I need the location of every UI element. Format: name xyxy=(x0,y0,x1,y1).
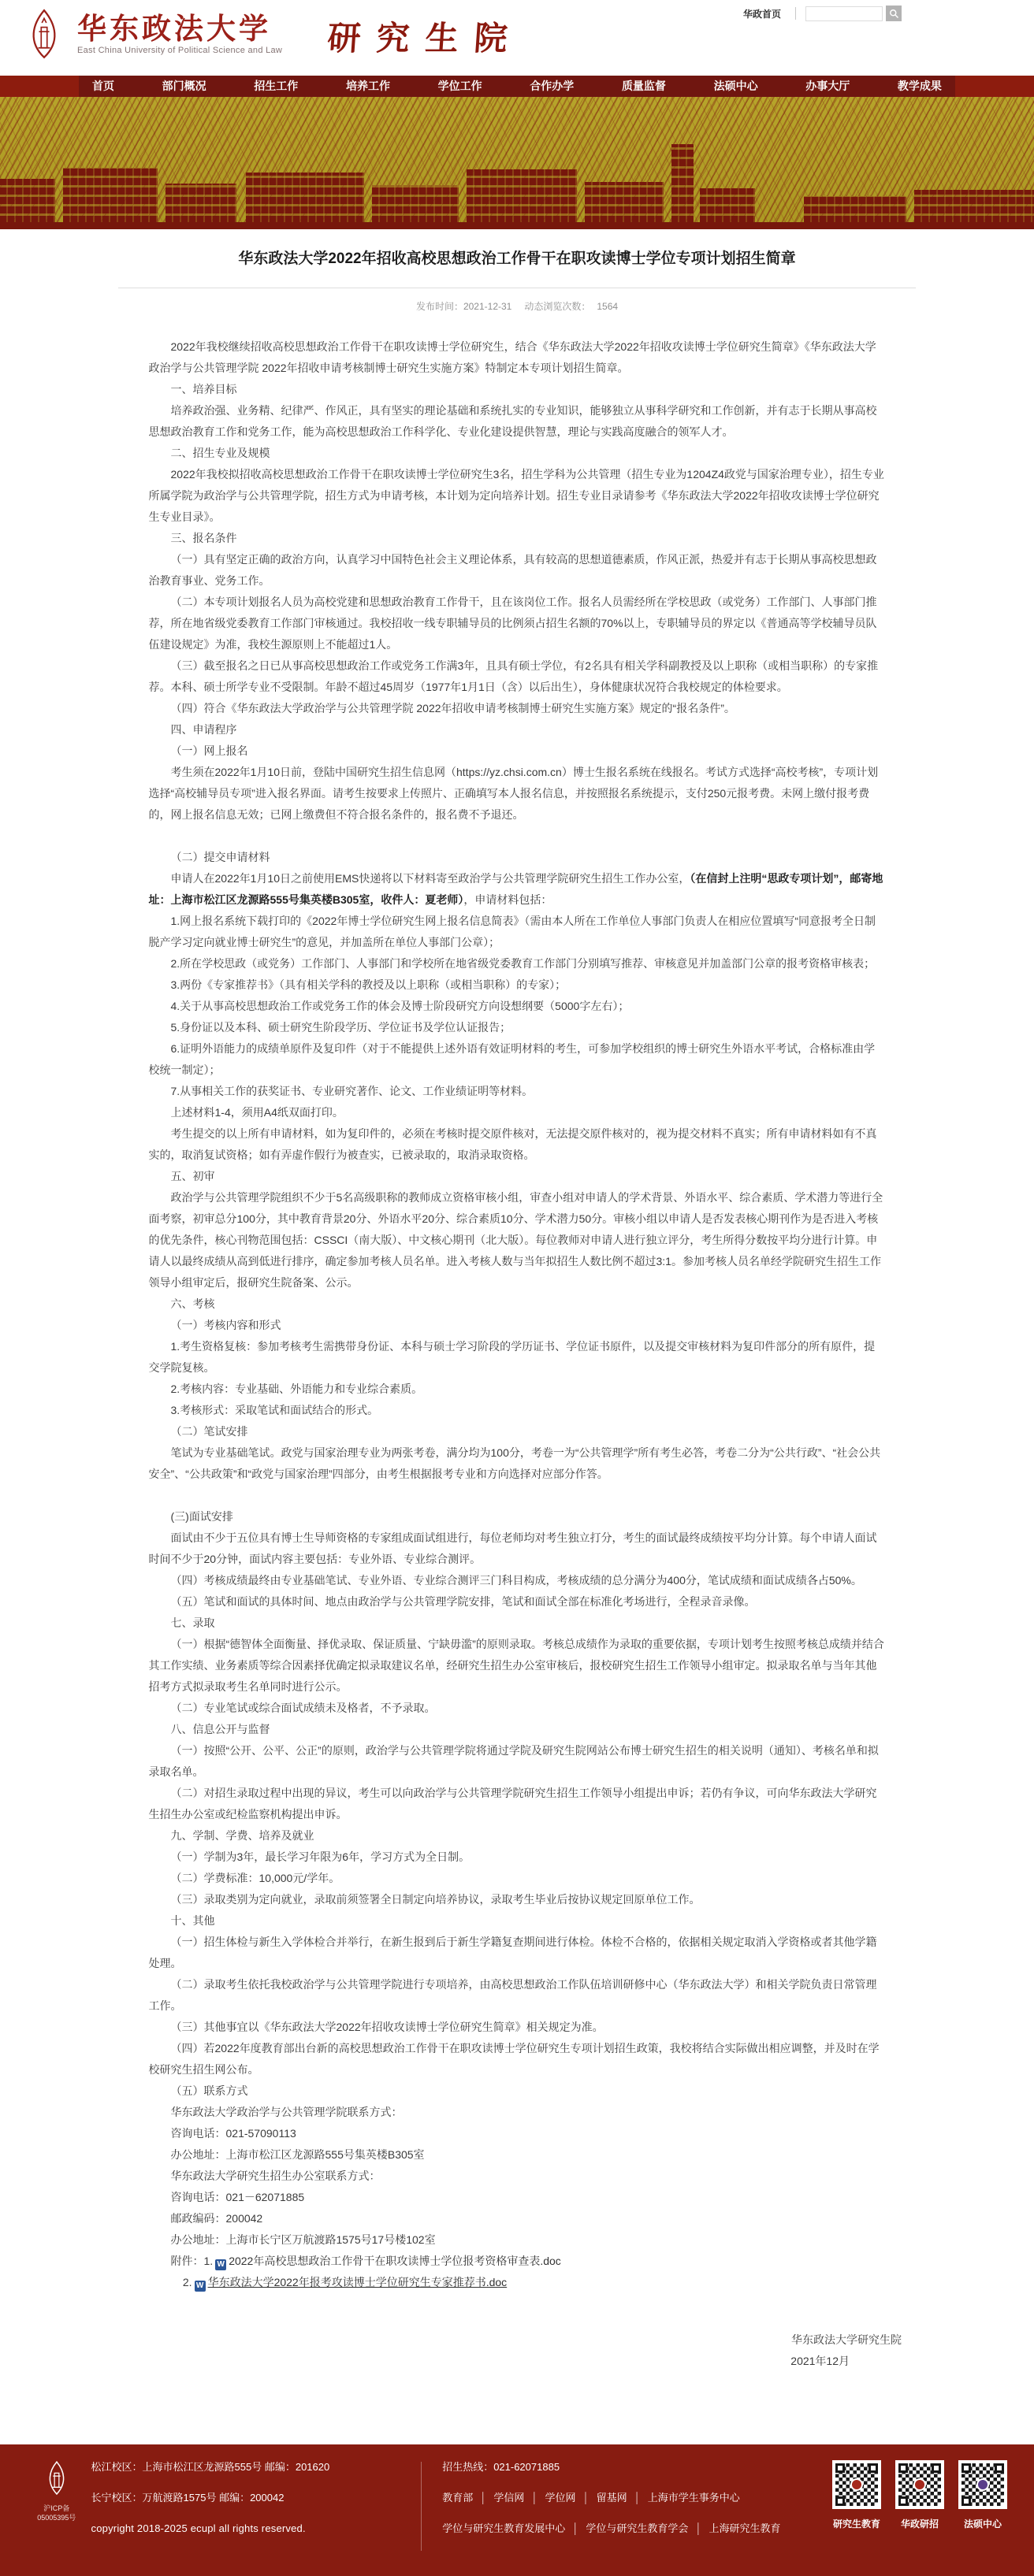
university-name-en: East China University of Political Scien… xyxy=(77,46,282,55)
paragraph: （一）根据“德智体全面衡量、择优录取、保证质量、宁缺毋滥”的原则录取。考核总成绩… xyxy=(149,1634,886,1698)
paragraph: （一）招生体检与新生入学体检合并举行，在新生报到后于新生学籍复查期间进行体检。体… xyxy=(149,1932,886,1974)
footer-logo-column: 沪ICP备 05005395号 xyxy=(22,2460,91,2522)
article: 华东政法大学2022年招收高校思想政治工作骨干在职攻读博士学位专项计划招生简章 … xyxy=(118,229,916,2444)
footer-link[interactable]: 上海研究生教育 xyxy=(709,2522,780,2534)
paragraph: (三)面试安排 xyxy=(149,1506,886,1527)
nav-accent-left xyxy=(0,76,79,97)
footer-address-column: 松江校区：上海市松江区龙源路555号 邮编：201620 长宁校区：万航渡路15… xyxy=(91,2460,422,2552)
changning-campus-address: 长宁校区：万航渡路1575号 邮编：200042 xyxy=(91,2491,422,2505)
nav-item-1[interactable]: 首页 xyxy=(92,76,114,97)
banner-building xyxy=(700,188,755,223)
topbar: 华东政法大学 East China University of Politica… xyxy=(0,0,1034,76)
qr-center-emblem xyxy=(913,2478,926,2491)
university-brand: 华东政法大学 East China University of Politica… xyxy=(22,8,523,60)
qr-item: 华政研招 xyxy=(895,2460,944,2530)
paragraph xyxy=(149,826,886,847)
paragraph: 7.从事相关工作的获奖证书、专业研究著作、论文、工作业绩证明等材料。 xyxy=(149,1081,886,1102)
banner-tower xyxy=(671,144,694,223)
qr-code-image xyxy=(958,2460,1007,2509)
banner-building xyxy=(0,179,55,223)
paragraph: （二）本专项计划报名人员为高校党建和思想政治教育工作骨干，且在该岗位工作。报名人… xyxy=(149,592,886,655)
paragraph: （二）专业笔试或综合面试成绩未及格者，不予录取。 xyxy=(149,1698,886,1719)
views-count: 1564 xyxy=(597,301,618,312)
paragraph: （一）学制为3年，最长学习年限为6年，学习方式为全日制。 xyxy=(149,1847,886,1868)
footer-link-separator: │ xyxy=(634,2492,641,2504)
banner-building xyxy=(914,190,1034,223)
footer-links-row1: 教育部│学信网│学位网│留基网│上海市学生事务中心 xyxy=(442,2491,832,2505)
attachment-row: 附件：1.W2022年高校思想政治工作骨干在职攻读博士学位报考资格审查表.doc xyxy=(149,2251,886,2272)
copyright-text: copyright 2018-2025 ecupl all rights res… xyxy=(91,2522,422,2536)
paragraph: 1.考生资格复核：参加考核考生需携带身份证、本科与硕士学习阶段的学历证书、学位证… xyxy=(149,1336,886,1379)
signature: 华东政法大学研究生院 2021年12月 xyxy=(118,2329,902,2372)
brand-text: 华东政法大学 East China University of Politica… xyxy=(77,13,282,55)
paragraph: 笔试为专业基础笔试。政党与国家治理专业为两张考卷，满分均为100分，考卷一为“公… xyxy=(149,1442,886,1485)
nav-item-7[interactable]: 质量监督 xyxy=(622,76,666,97)
paragraph: （二）录取考生依托我校政治学与公共管理学院进行专项培养，由高校思想政治工作队伍培… xyxy=(149,1974,886,2017)
nav-item-3[interactable]: 招生工作 xyxy=(254,76,298,97)
paragraph: 6.证明外语能力的成绩单原件及复印件（对于不能提供上述外语有效证明材料的考生，可… xyxy=(149,1038,886,1081)
paragraph: （二）学费标准：10,000元/学年。 xyxy=(149,1868,886,1889)
paragraph: 5.身份证以及本科、硕士研究生阶段学历、学位证书及学位认证报告； xyxy=(149,1017,886,1038)
paragraph: 上述材料1-4，须用A4纸双面打印。 xyxy=(149,1102,886,1123)
nav-item-9[interactable]: 办事大厅 xyxy=(805,76,850,97)
footer-link[interactable]: 教育部 xyxy=(442,2492,473,2504)
divider xyxy=(118,288,916,288)
paragraph: 2.所在学校思政（或党务）工作部门、人事部门和学校所在地省级党委教育工作部门分别… xyxy=(149,953,886,974)
search-button[interactable] xyxy=(886,6,902,21)
footer-vertical-separator xyxy=(421,2462,422,2551)
admission-hotline: 招生热线：021-62071885 xyxy=(442,2460,832,2474)
paragraph: 2022年我校继续招收高校思想政治工作骨干在职攻读博士学位研究生，结合《华东政法… xyxy=(149,336,886,379)
qr-code-image xyxy=(832,2460,881,2509)
qr-label: 研究生教育 xyxy=(832,2517,881,2530)
nav-item-6[interactable]: 合作办学 xyxy=(530,76,574,97)
page-title: 华东政法大学2022年招收高校思想政治工作骨干在职攻读博士学位专项计划招生简章 xyxy=(118,248,916,270)
publish-date: 2021-12-31 xyxy=(463,301,511,312)
footer-qr-list: 研究生教育华政研招法硕中心 xyxy=(832,2460,1012,2530)
banner-building xyxy=(246,173,364,223)
footer-link[interactable]: 留基网 xyxy=(597,2492,627,2504)
attachment-row: 2.W华东政法大学2022年报考攻读博士学位研究生专家推荐书.doc xyxy=(149,2272,886,2293)
search-icon xyxy=(889,9,899,19)
footer-link[interactable]: 上海市学生事务中心 xyxy=(648,2492,740,2504)
nav-item-8[interactable]: 法硕中心 xyxy=(714,76,758,97)
paragraph: 五、初审 xyxy=(149,1166,886,1187)
paragraph: （四）若2022年度教育部出台新的高校思想政治工作骨干在职攻读博士学位研究生专项… xyxy=(149,2038,886,2080)
paragraph: 十、其他 xyxy=(149,1910,886,1932)
publish-label: 发布时间： xyxy=(416,301,463,312)
campus-banner-illustration xyxy=(0,97,1034,229)
banner-ground xyxy=(0,222,1034,229)
qr-code-image xyxy=(895,2460,944,2509)
footer-link-separator: │ xyxy=(582,2492,589,2504)
footer-link-separator: │ xyxy=(695,2522,701,2534)
paragraph: （二）笔试安排 xyxy=(149,1421,886,1442)
word-doc-icon: W xyxy=(215,2259,226,2270)
word-doc-icon: W xyxy=(195,2281,206,2292)
views-label: 动态浏览次数： xyxy=(524,301,590,312)
attachment-link[interactable]: 华东政法大学2022年报考攻读博士学位研究生专家推荐书.doc xyxy=(208,2276,508,2288)
paragraph: 2.考核内容：专业基础、外语能力和专业综合素质。 xyxy=(149,1379,886,1400)
attachment-index: 附件：1. xyxy=(171,2255,214,2267)
paragraph: 华东政法大学政治学与公共管理学院联系方式： xyxy=(149,2102,886,2123)
banner-building xyxy=(166,184,236,223)
nav-item-4[interactable]: 培养工作 xyxy=(346,76,390,97)
university-name: 华东政法大学 xyxy=(77,13,282,44)
paragraph: （三）其他事宜以《华东政法大学2022年招收攻读博士学位研究生简章》相关规定为准… xyxy=(149,2017,886,2038)
paragraph: （一）按照“公开、公平、公正”的原则，政治学与公共管理学院将通过学院及研究生院网… xyxy=(149,1740,886,1783)
paragraph: 面试由不少于五位具有博士生导师资格的专家组成面试组进行，每位老师均对考生独立打分… xyxy=(149,1527,886,1570)
qr-center-emblem xyxy=(976,2478,989,2491)
paragraph: （四）考核成绩最终由专业基础笔试、专业外语、专业综合测评三门科目构成，考核成绩的… xyxy=(149,1570,886,1591)
qr-label: 华政研招 xyxy=(895,2517,944,2530)
paragraph: 咨询电话：021－62071885 xyxy=(149,2187,886,2208)
banner-building xyxy=(467,169,577,223)
paragraph: 华东政法大学研究生招生办公室联系方式： xyxy=(149,2166,886,2187)
paragraph: 2022年我校拟招收高校思想政治工作骨干在职攻读博士学位研究生3名，招生学科为公… xyxy=(149,464,886,528)
footer-link[interactable]: 学位网 xyxy=(545,2492,575,2504)
paragraph: 培养政治强、业务精、纪律严、作风正，具有坚实的理论基础和系统扎实的专业知识，能够… xyxy=(149,400,886,443)
paragraph: 1.网上报名系统下载打印的《2022年博士学位研究生网上报名信息简表》（需由本人… xyxy=(149,911,886,953)
nav-item-5[interactable]: 学位工作 xyxy=(438,76,482,97)
footer-links-row2: 学位与研究生教育发展中心│学位与研究生教育学会│上海研究生教育 xyxy=(442,2522,832,2536)
qr-label: 法硕中心 xyxy=(958,2517,1007,2530)
paragraph xyxy=(149,1485,886,1506)
footer-link[interactable]: 学位与研究生教育发展中心 xyxy=(442,2522,565,2534)
paragraph: 政治学与公共管理学院组织不少于5名高级职称的教师成立资格审核小组，审查小组对申请… xyxy=(149,1187,886,1294)
nav-accent-right xyxy=(955,76,1034,97)
paragraph: （五）联系方式 xyxy=(149,2080,886,2102)
paragraph: 4.关于从事高校思想政治工作或党务工作的体会及博士阶段研究方向设想纲要（5000… xyxy=(149,996,886,1017)
paragraph: （三）截至报名之日已从事高校思想政治工作或党务工作满3年，且具有硕士学位，有2名… xyxy=(149,655,886,698)
paragraph: 八、信息公开与监督 xyxy=(149,1719,886,1740)
attachment-index: 2. xyxy=(183,2276,192,2288)
banner-building xyxy=(372,185,459,223)
footer-link-separator: │ xyxy=(480,2492,486,2504)
paragraph: 考生须在2022年1月10日前，登陆中国研究生招生信息网（https://yz.… xyxy=(149,762,886,826)
icp-number: 沪ICP备 05005395号 xyxy=(22,2504,91,2522)
banner-building xyxy=(585,182,664,223)
qr-item: 研究生教育 xyxy=(832,2460,881,2530)
footer-emblem-icon xyxy=(42,2460,72,2496)
university-seal-logo xyxy=(22,8,66,60)
paragraph: 七、录取 xyxy=(149,1613,886,1634)
qr-item: 法硕中心 xyxy=(958,2460,1007,2530)
home-link[interactable]: 华政首页 xyxy=(743,7,781,20)
paragraph: 办公地址：上海市松江区龙源路555号集英楼B305室 xyxy=(149,2144,886,2166)
paragraph: 3.考核形式：采取笔试和面试结合的形式。 xyxy=(149,1400,886,1421)
paragraph: 邮政编码：200042 xyxy=(149,2208,886,2229)
paragraph: 六、考核 xyxy=(149,1294,886,1315)
signature-org: 华东政法大学研究生院 xyxy=(118,2329,902,2351)
paragraph: （二）提交申请材料 xyxy=(149,847,886,868)
nav-item-2[interactable]: 部门概况 xyxy=(162,76,206,97)
separator xyxy=(795,7,796,20)
paragraph: （一）具有坚定正确的政治方向，认真学习中国特色社会主义理论体系，具有较高的思想道… xyxy=(149,549,886,592)
paragraph: 申请人在2022年1月10日之前使用EMS快递将以下材料寄至政治学与公共管理学院… xyxy=(149,868,886,911)
nav-menu: 首页部门概况招生工作培养工作学位工作合作办学质量监督法硕中心办事大厅教学成果 xyxy=(92,76,942,97)
footer-links-column: 招生热线：021-62071885 教育部│学信网│学位网│留基网│上海市学生事… xyxy=(442,2460,832,2552)
paragraph: 一、培养目标 xyxy=(149,379,886,400)
attachment-link[interactable]: 2022年高校思想政治工作骨干在职攻读博士学位报考资格审查表.doc xyxy=(229,2255,561,2267)
site-title: 研究生院 xyxy=(326,8,526,60)
songjiang-campus-address: 松江校区：上海市松江区龙源路555号 邮编：201620 xyxy=(91,2460,422,2474)
topbar-utilities: 华政首页 xyxy=(743,5,902,22)
paragraph: 二、招生专业及规模 xyxy=(149,443,886,464)
paragraph: 3.两份《专家推荐书》（具有相关学科的教授及以上职称（或相当职称）的专家）； xyxy=(149,974,886,996)
footer-link[interactable]: 学位与研究生教育学会 xyxy=(586,2522,688,2534)
paragraph: 考生提交的以上所有申请材料，如为复印件的，必须在考核时提交原件核对，无法提交原件… xyxy=(149,1123,886,1166)
paragraph: （一）网上报名 xyxy=(149,741,886,762)
paragraph: （五）笔试和面试的具体时间、地点由政治学与公共管理学院安排，笔试和面试全部在标准… xyxy=(149,1591,886,1613)
nav-item-10[interactable]: 教学成果 xyxy=(898,76,942,97)
bottom-spacer xyxy=(118,2372,916,2444)
paragraph: 三、报名条件 xyxy=(149,528,886,549)
paragraph: 九、学制、学费、培养及就业 xyxy=(149,1825,886,1847)
paragraph: （三）录取类别为定向就业，录取前须签署全日制定向培养协议，录取考生毕业后按协议规… xyxy=(149,1889,886,1910)
banner-building xyxy=(63,168,158,223)
paragraph: （一）考核内容和形式 xyxy=(149,1315,886,1336)
paragraph: （四）符合《华东政法大学政治学与公共管理学院 2022年招收申请考核制博士研究生… xyxy=(149,698,886,719)
footer-link[interactable]: 学信网 xyxy=(493,2492,524,2504)
paragraph: 四、申请程序 xyxy=(149,719,886,741)
banner-building xyxy=(804,196,906,223)
search-input[interactable] xyxy=(805,6,883,21)
footer-link-separator: │ xyxy=(572,2522,578,2534)
article-body: 2022年我校继续招收高校思想政治工作骨干在职攻读博士学位研究生，结合《华东政法… xyxy=(149,336,886,2251)
footer: 沪ICP备 05005395号 松江校区：上海市松江区龙源路555号 邮编：20… xyxy=(0,2444,1034,2576)
paragraph: （二）对招生录取过程中出现的异议，考生可以向政治学与公共管理学院研究生招生工作领… xyxy=(149,1783,886,1825)
attachments: 附件：1.W2022年高校思想政治工作骨干在职攻读博士学位报考资格审查表.doc… xyxy=(149,2251,886,2293)
footer-link-separator: │ xyxy=(531,2492,537,2504)
qr-center-emblem xyxy=(850,2478,863,2491)
article-meta: 发布时间：2021-12-31动态浏览次数：1564 xyxy=(118,299,916,313)
signature-date: 2021年12月 xyxy=(118,2351,902,2372)
paragraph: 办公地址：上海市长宁区万航渡路1575号17号楼102室 xyxy=(149,2229,886,2251)
paragraph: 咨询电话：021-57090113 xyxy=(149,2123,886,2144)
main-nav: 首页部门概况招生工作培养工作学位工作合作办学质量监督法硕中心办事大厅教学成果 xyxy=(0,76,1034,97)
